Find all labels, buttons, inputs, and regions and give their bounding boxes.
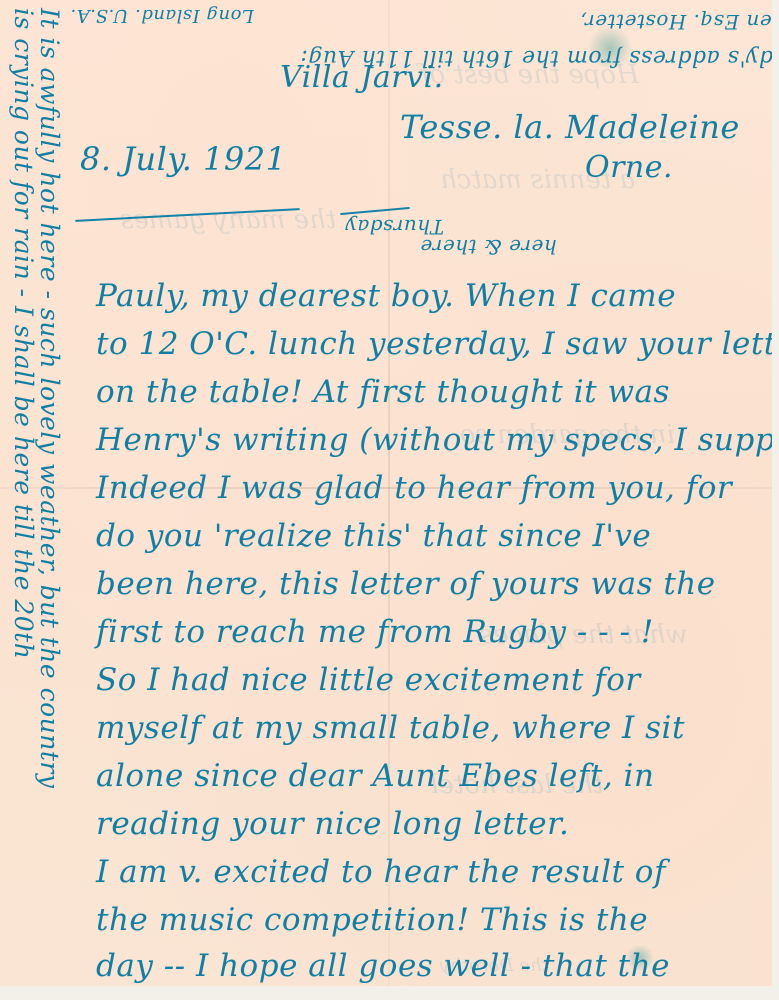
body-line-14: the music competition! This is the	[96, 902, 648, 938]
upside-down-underline	[340, 207, 410, 215]
body-line-8: first to reach me from Rugby - - - !	[96, 614, 654, 650]
bleed-through-text: the many games	[120, 205, 336, 235]
letter-date: 8. July. 1921	[80, 140, 286, 178]
address-line-1: Tesse. la. Madeleine	[400, 108, 740, 146]
villa-name: Villa Jarvi.	[280, 60, 444, 95]
letter-page: Hope the best of a tennis match the many…	[0, 0, 772, 986]
address-line-2: Orne.	[585, 150, 673, 185]
body-line-10: myself at my small table, where I sit	[96, 710, 685, 746]
margin-note-line-1: It is awfully hot here - such lovely wea…	[35, 8, 64, 789]
upside-down-note-word: here & there	[420, 235, 557, 259]
body-line-9: So I had nice little excitement for	[96, 662, 641, 698]
body-line-5: Indeed I was glad to hear from you, for	[96, 470, 732, 506]
body-line-15: day -- I hope all goes well - that the	[96, 948, 670, 984]
body-line-7: been here, this letter of yours was the	[96, 566, 716, 602]
body-line-13: I am v. excited to hear the result of	[96, 854, 666, 890]
body-line-4: Henry's writing (without my specs, I sup…	[96, 422, 772, 458]
body-line-2: to 12 O'C. lunch yesterday, I saw your l…	[96, 326, 772, 362]
body-line-6: do you 'realize this' that since I've	[96, 518, 651, 554]
body-line-3: on the table! At first thought it was	[96, 374, 670, 410]
body-line-12: reading your nice long letter.	[96, 806, 569, 842]
upside-down-note-line: Long Island. U.S.A.	[70, 5, 254, 26]
body-line-11: alone since dear Aunt Ebes left, in	[96, 758, 654, 794]
body-line-1: Pauly, my dearest boy. When I came	[96, 278, 676, 314]
margin-note-line-2: is crying out for rain - I shall be here…	[9, 8, 38, 659]
upside-down-note-line: is - c/o Francis Jansen Esq. Hostetter,	[580, 10, 772, 34]
